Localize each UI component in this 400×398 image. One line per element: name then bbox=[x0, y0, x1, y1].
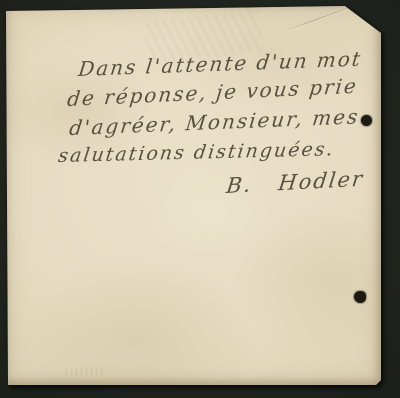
letter-line: salutations distinguées. bbox=[57, 138, 336, 167]
smudge-mark-bottom bbox=[66, 368, 106, 376]
signature-name: Hodler bbox=[277, 167, 365, 196]
letter-paper: Dans l'attente d'un mot de réponse, je v… bbox=[6, 6, 381, 385]
fold-crease-line bbox=[278, 8, 348, 34]
signature-initial: B. bbox=[225, 172, 254, 198]
signature-line: B.Hodler bbox=[225, 167, 365, 198]
photo-background: Dans l'attente d'un mot de réponse, je v… bbox=[0, 0, 400, 398]
letter-line: d'agréer, Monsieur, mes bbox=[68, 104, 361, 140]
punch-hole-bottom bbox=[354, 291, 366, 303]
paper-shadow: Dans l'attente d'un mot de réponse, je v… bbox=[0, 0, 400, 398]
punch-hole-top bbox=[361, 115, 372, 126]
